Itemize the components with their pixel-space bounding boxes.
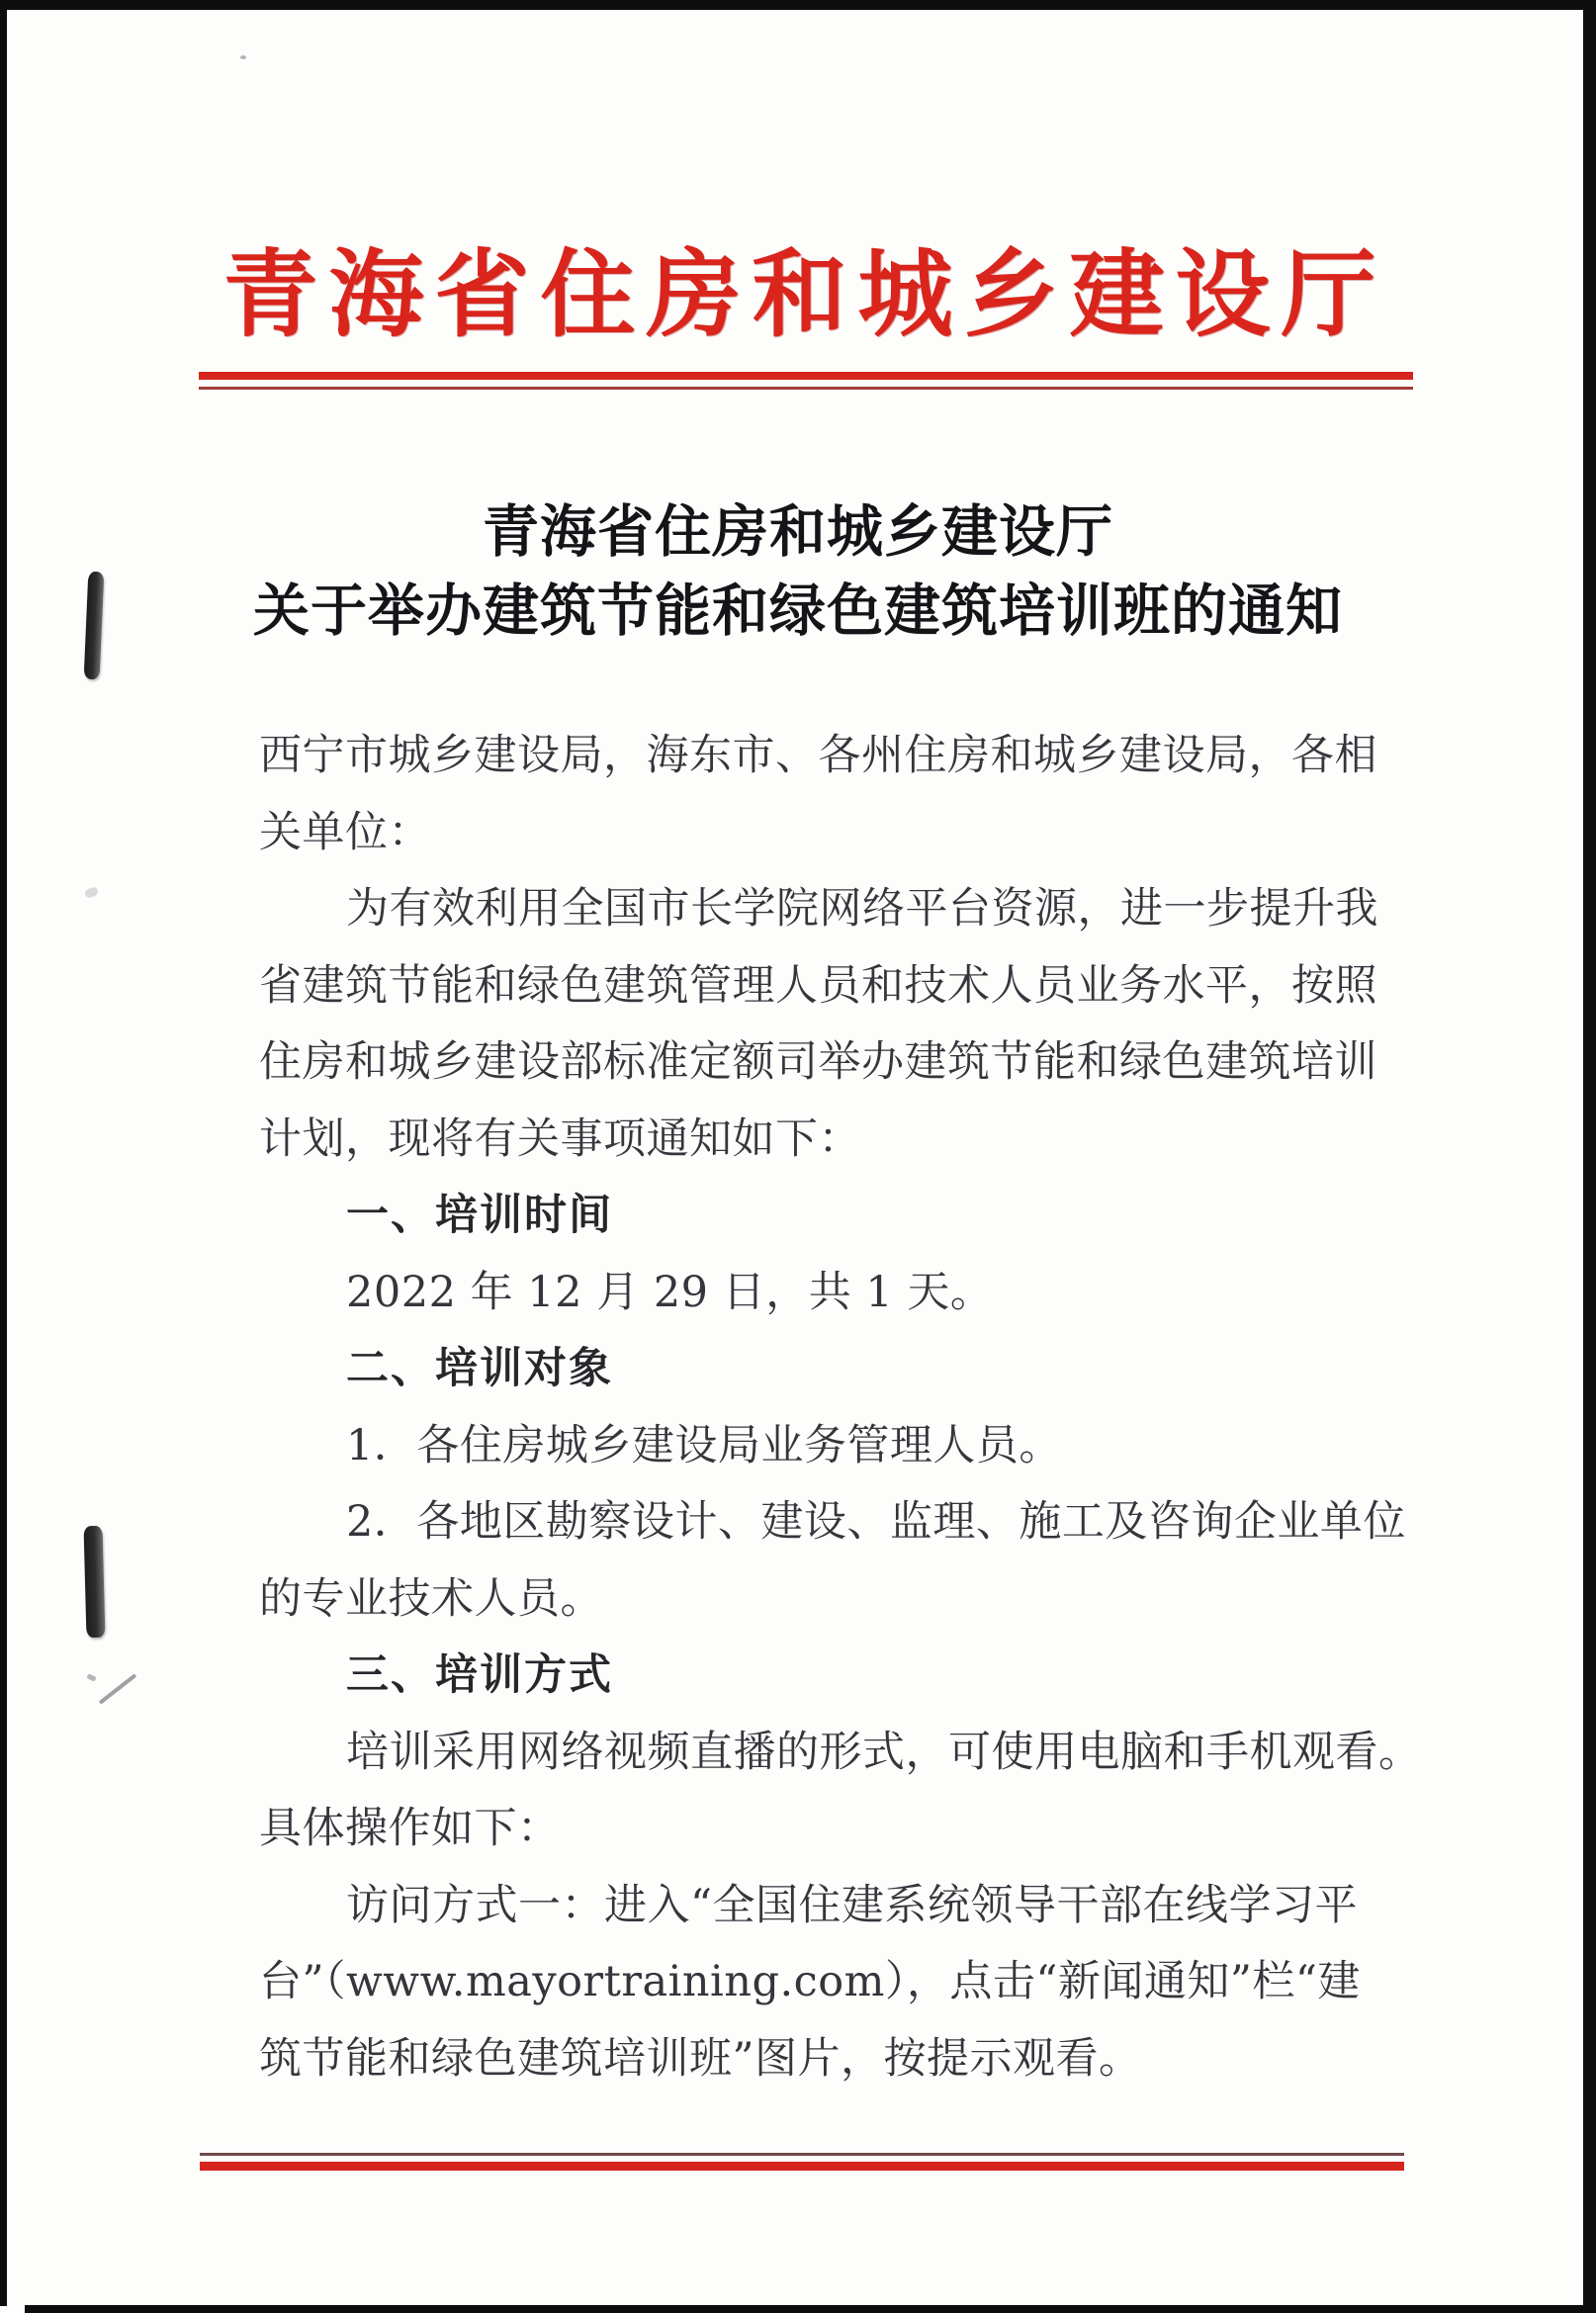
pen-scribble-dot [86, 1673, 96, 1681]
binding-mark [84, 1526, 106, 1638]
document-title-line-1: 青海省住房和城乡建设厅 [0, 492, 1596, 572]
footer-rule-thick [200, 2162, 1404, 2171]
section-heading-1: 一、培训时间 [259, 1178, 1363, 1255]
pen-scribble [99, 1673, 137, 1704]
body-line: 住房和城乡建设部标准定额司举办建筑节能和绿色建筑培训 [259, 1024, 1363, 1102]
body-line: 计划，现将有关事项通知如下： [259, 1102, 1363, 1179]
document-title: 青海省住房和城乡建设厅 关于举办建筑节能和绿色建筑培训班的通知 [0, 492, 1596, 651]
body-line: 1．各住房城乡建设局业务管理人员。 [259, 1408, 1363, 1485]
body-line: 省建筑节能和绿色建筑管理人员和技术人员业务水平，按照 [259, 948, 1363, 1025]
body-line: 台”（www.mayortraining.com），点击“新闻通知”栏“建 [259, 1944, 1363, 2021]
footer-rule-thin [200, 2153, 1404, 2156]
body-line: 的专业技术人员。 [259, 1561, 1363, 1639]
header-rule-thick [199, 372, 1413, 380]
body-line: 访问方式一：进入“全国住建系统领导干部在线学习平 [259, 1868, 1363, 1945]
body-line: 具体操作如下： [259, 1791, 1363, 1868]
body-line: 筑节能和绿色建筑培训班”图片，按提示观看。 [259, 2021, 1363, 2098]
body-line: 培训采用网络视频直播的形式，可使用电脑和手机观看。 [259, 1715, 1363, 1792]
binding-mark [84, 572, 105, 680]
body-line: 为有效利用全国市长学院网络平台资源，进一步提升我 [259, 871, 1363, 948]
scan-edge-top [0, 0, 1596, 10]
section-heading-2: 二、培训对象 [259, 1331, 1363, 1408]
notice-body: 西宁市城乡建设局，海东市、各州住房和城乡建设局，各相 关单位： 为有效利用全国市… [259, 718, 1363, 2097]
masthead-title: 青海省住房和城乡建设厅 [0, 239, 1596, 350]
document-title-line-2: 关于举办建筑节能和绿色建筑培训班的通知 [0, 572, 1596, 651]
scan-speck [84, 886, 99, 899]
body-line: 关单位： [259, 795, 1363, 872]
scan-speck [240, 55, 246, 59]
scan-edge-bottom [25, 2305, 1596, 2313]
body-line: 西宁市城乡建设局，海东市、各州住房和城乡建设局，各相 [259, 718, 1363, 795]
scanned-notice-page: 青海省住房和城乡建设厅 青海省住房和城乡建设厅 关于举办建筑节能和绿色建筑培训班… [0, 0, 1596, 2313]
body-line: 2022 年 12 月 29 日，共 1 天。 [259, 1255, 1363, 1332]
section-heading-3: 三、培训方式 [259, 1638, 1363, 1715]
header-rule-thin [199, 387, 1413, 390]
body-line: 2．各地区勘察设计、建设、监理、施工及咨询企业单位 [259, 1484, 1363, 1561]
